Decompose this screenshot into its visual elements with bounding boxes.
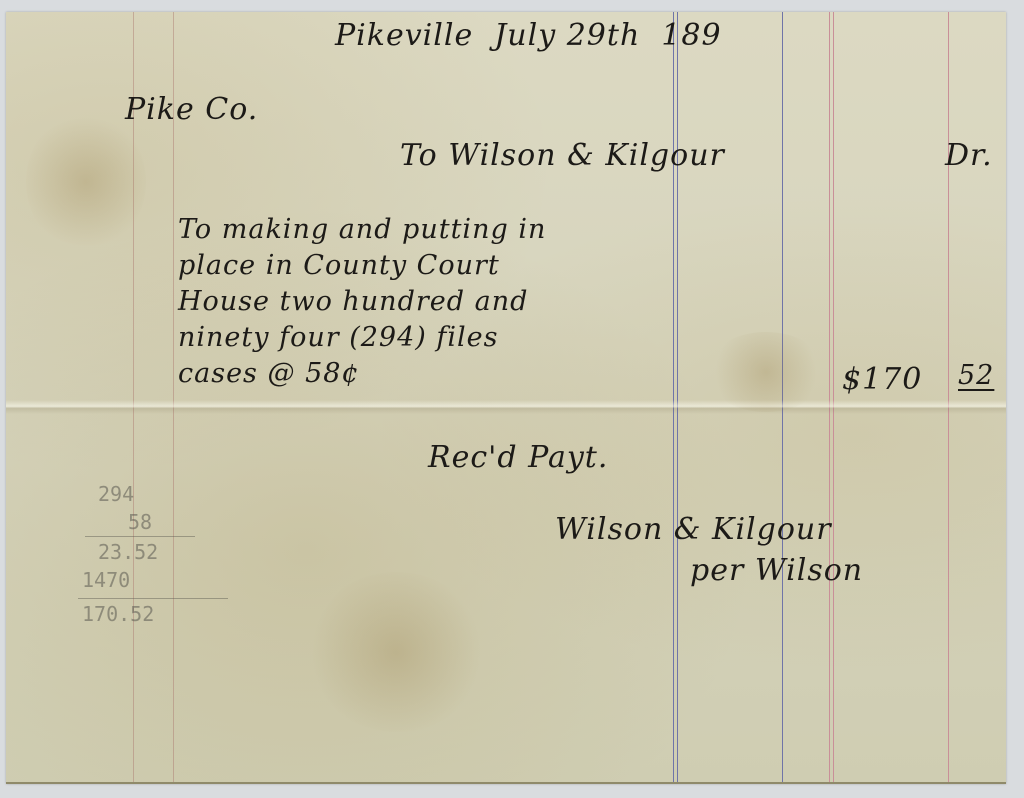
description-line: House two hundred and bbox=[178, 284, 546, 320]
water-stain bbox=[706, 332, 826, 412]
water-stain bbox=[306, 572, 486, 732]
debtor-name: Pike Co. bbox=[125, 92, 258, 127]
pencil-calc-line: 170.52 bbox=[82, 602, 154, 626]
year-text: 189 bbox=[661, 18, 721, 53]
pencil-calc-line: 1470 bbox=[82, 568, 130, 592]
description-line: To making and putting in bbox=[178, 212, 546, 248]
place-text: Pikeville bbox=[335, 18, 473, 53]
debit-label: Dr. bbox=[945, 138, 993, 173]
signature-per: per Wilson bbox=[690, 553, 863, 588]
blue-double-rule-b bbox=[677, 12, 678, 782]
pencil-calc-line: 23.52 bbox=[98, 540, 158, 564]
margin-rule-right bbox=[173, 12, 174, 782]
pencil-calc-line: 294 bbox=[98, 482, 134, 506]
blue-double-rule-a bbox=[673, 12, 674, 782]
signature-firm: Wilson & Kilgour bbox=[555, 512, 832, 547]
paper-fold-crease bbox=[6, 400, 1006, 414]
pencil-rule bbox=[78, 598, 228, 599]
received-payment-note: Rec'd Payt. bbox=[428, 440, 608, 475]
description-line: cases @ 58¢ bbox=[178, 356, 546, 392]
creditor-line: To Wilson & Kilgour bbox=[400, 138, 725, 173]
margin-rule-left bbox=[133, 12, 134, 782]
pink-double-rule-a bbox=[829, 12, 830, 782]
pencil-calc-line: 58 bbox=[128, 510, 152, 534]
amount-dollars: $170 bbox=[842, 362, 922, 397]
place-date-heading: Pikeville July 29th 189 bbox=[335, 18, 722, 53]
amount-cents: 52 bbox=[958, 360, 994, 391]
water-stain bbox=[26, 112, 146, 252]
pencil-rule bbox=[85, 536, 195, 537]
invoice-description: To making and putting in place in County… bbox=[178, 212, 546, 392]
pink-single-rule bbox=[948, 12, 949, 782]
description-line: place in County Court bbox=[178, 248, 546, 284]
pink-double-rule-b bbox=[833, 12, 834, 782]
description-line: ninety four (294) files bbox=[178, 320, 546, 356]
invoice-paper bbox=[6, 12, 1006, 784]
date-text: July 29th bbox=[494, 18, 640, 53]
